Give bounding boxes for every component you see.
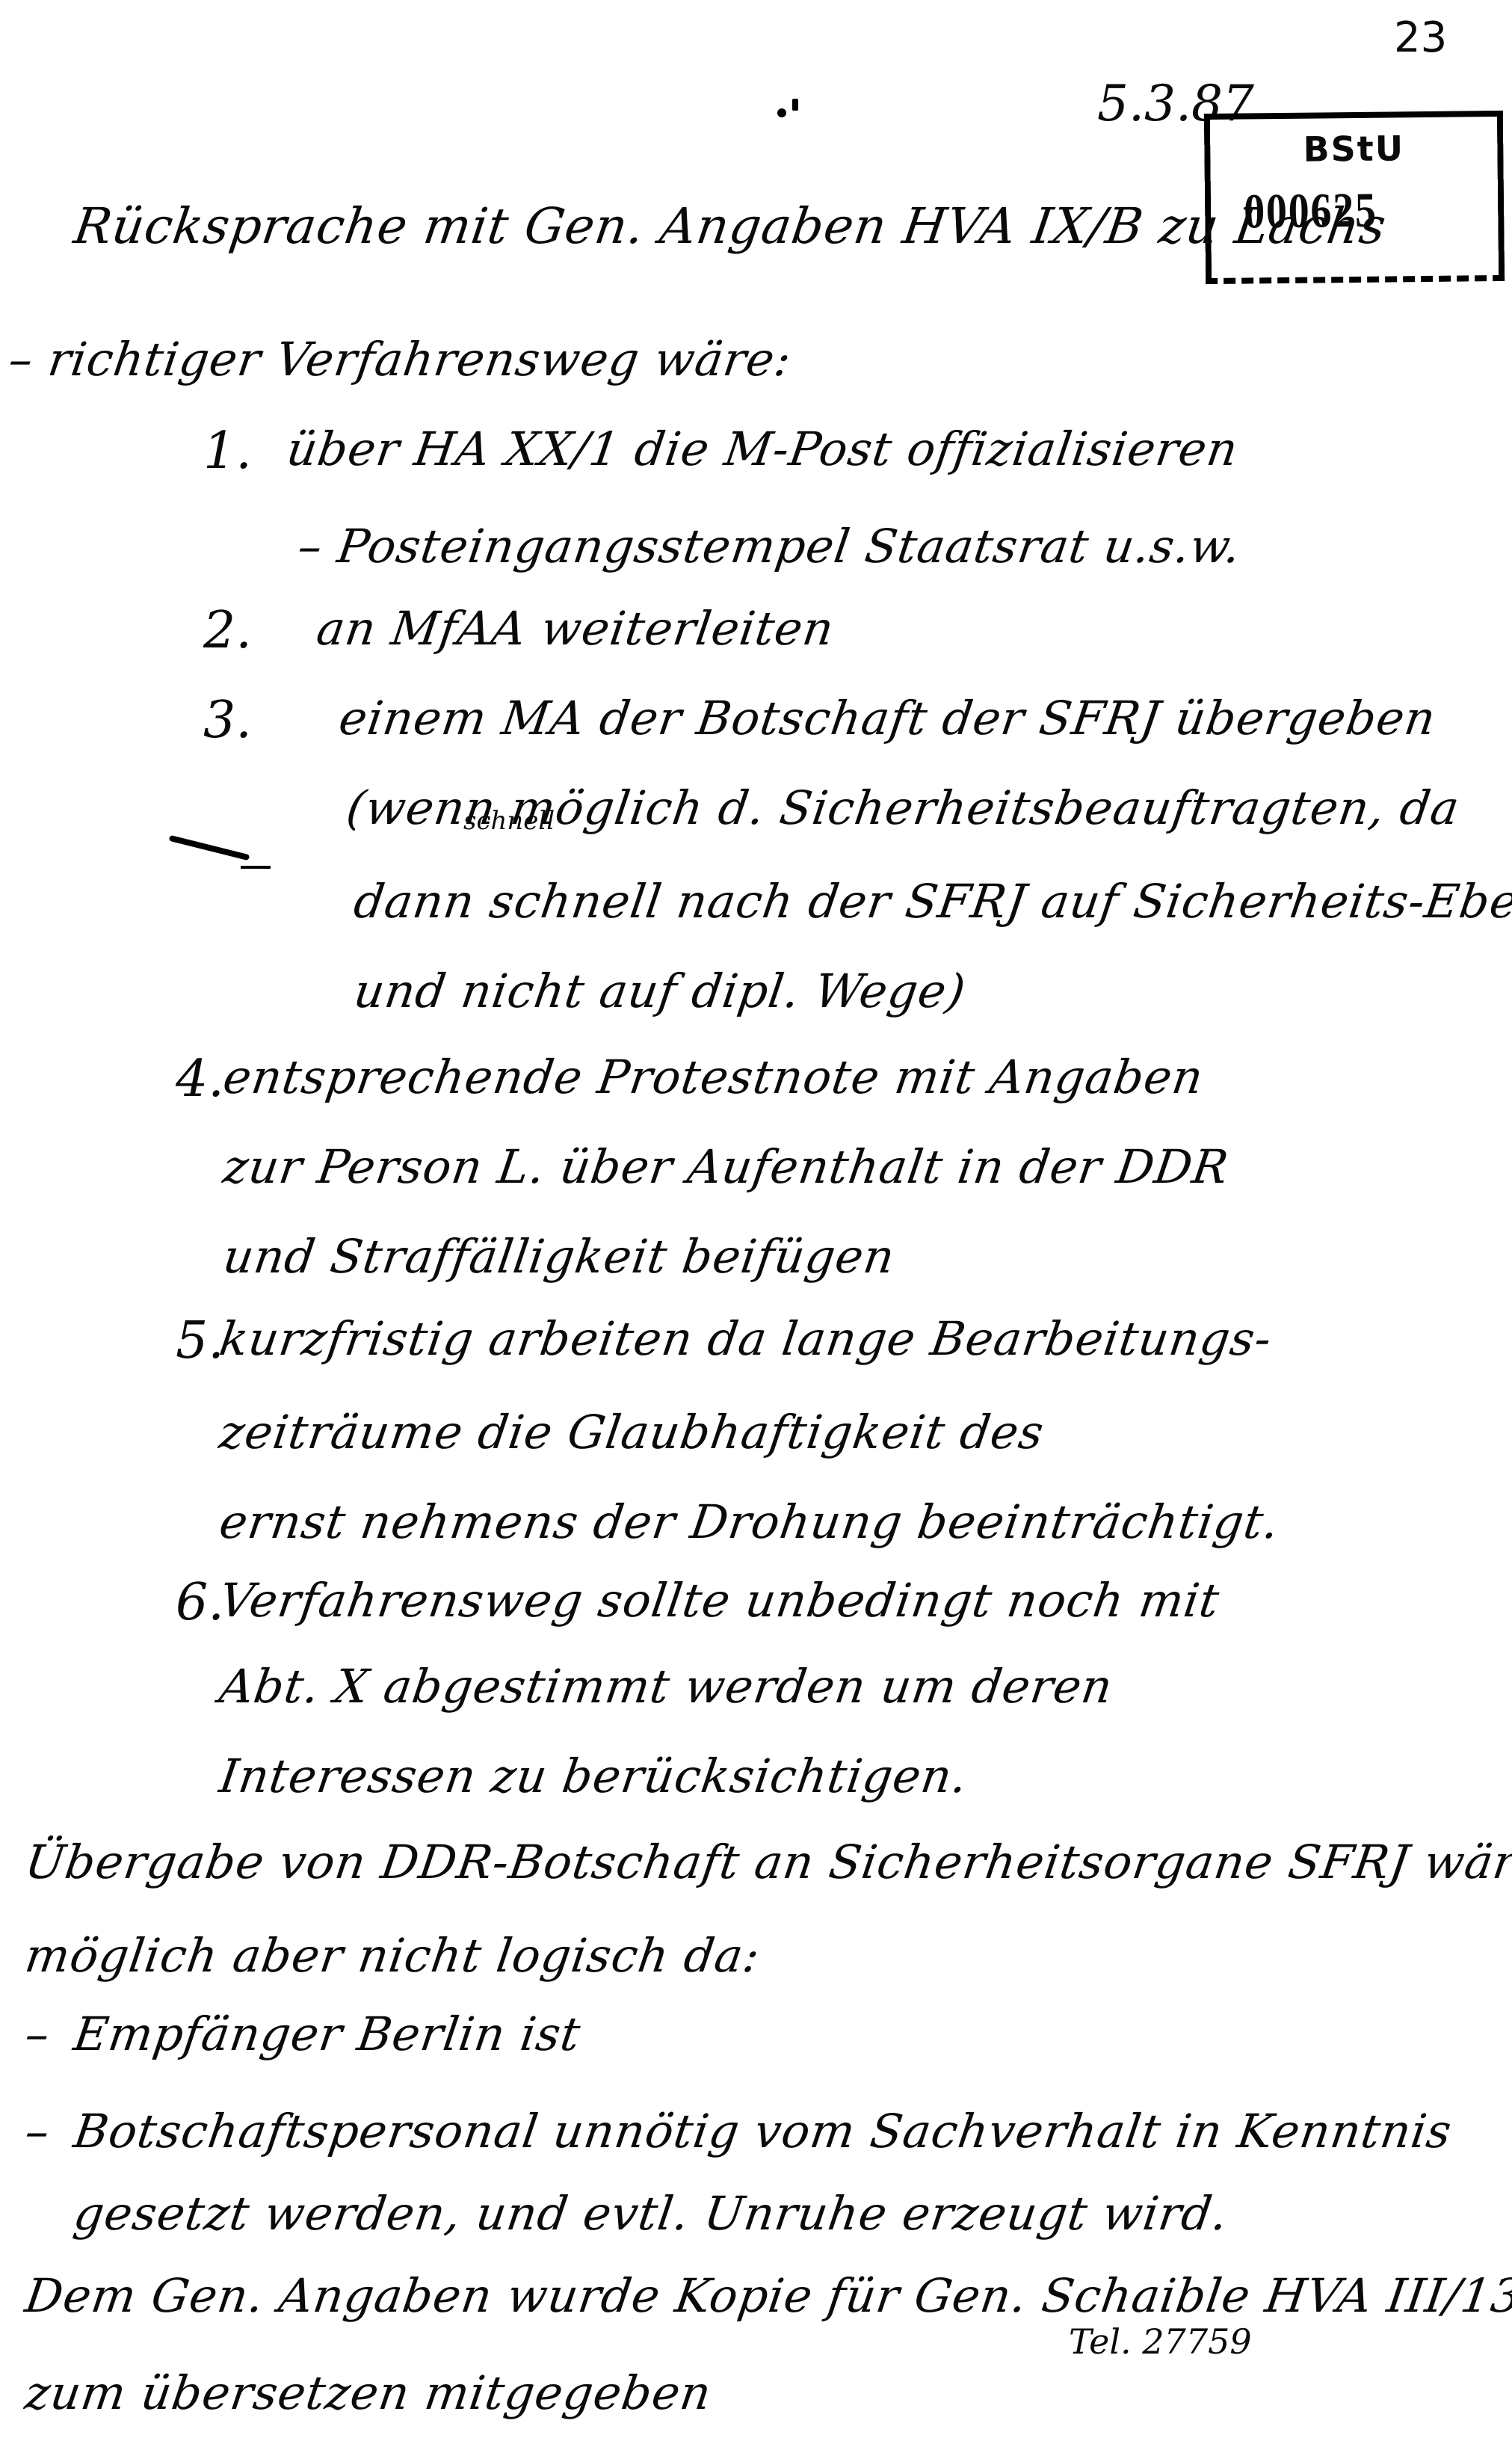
stamp-organization: BStU bbox=[1210, 127, 1498, 170]
heading: Rücksprache mit Gen. Angaben HVA IX/B zu… bbox=[71, 202, 1389, 251]
step-line: kurzfristig arbeiten da lange Bearbeitun… bbox=[217, 1316, 1274, 1362]
handwritten-insertion: schnell bbox=[463, 806, 555, 836]
step-line: einem MA der Botschaft der SFRJ übergebe… bbox=[336, 695, 1439, 742]
step-line: zeiträume die Glaubhaftigkeit des bbox=[217, 1409, 1047, 1456]
bullet-marker: – bbox=[22, 2011, 53, 2057]
bullet-line: Botschaftspersonal unnötig vom Sachverha… bbox=[71, 2108, 1454, 2155]
step-number: 4. bbox=[176, 1054, 224, 1105]
step-line: und Straffälligkeit beifügen bbox=[220, 1234, 898, 1280]
step-line: dann schnell nach der SFRJ auf Sicherhei… bbox=[351, 878, 1512, 925]
step-line: entsprechende Protestnote mit Angaben bbox=[220, 1054, 1206, 1101]
scan-speck bbox=[777, 108, 786, 117]
margin-mark bbox=[169, 835, 250, 861]
closing-line: Dem Gen. Angaben wurde Kopie für Gen. Sc… bbox=[22, 2273, 1512, 2319]
paragraph-line: Übergabe von DDR-Botschaft an Sicherheit… bbox=[22, 1839, 1512, 1886]
step-line: Abt. X abgestimmt werden um deren bbox=[217, 1663, 1116, 1710]
bullet-line: gesetzt werden, und evtl. Unruhe erzeugt… bbox=[71, 2191, 1231, 2237]
scan-speck bbox=[792, 99, 798, 111]
step-line: Interessen zu berücksichtigen. bbox=[217, 1753, 971, 1800]
step-number: 1. bbox=[203, 426, 252, 477]
step-line: Verfahrensweg sollte unbedingt noch mit bbox=[217, 1578, 1222, 1624]
step-line: und nicht auf dipl. Wege) bbox=[351, 968, 969, 1015]
step-line: an MfAA weiterleiten bbox=[314, 606, 837, 652]
bullet-line: Empfänger Berlin ist bbox=[71, 2011, 584, 2057]
document-page: 23 5.3.87 BStU 000625 Rücksprache mit Ge… bbox=[0, 0, 1512, 2450]
page-number: 23 bbox=[1394, 13, 1447, 62]
intro-line: – richtiger Verfahrensweg wäre: bbox=[6, 336, 794, 383]
step-line: über HA XX/1 die M-Post offizialisieren bbox=[284, 426, 1241, 473]
telephone-annotation: Tel. 27759 bbox=[1069, 2321, 1252, 2362]
closing-line: zum übersetzen mitgegeben bbox=[22, 2370, 715, 2416]
bullet-marker: – bbox=[22, 2108, 53, 2155]
step-line: zur Person L. über Aufenthalt in der DDR bbox=[220, 1144, 1232, 1190]
step-line: ernst nehmens der Drohung beeinträchtigt… bbox=[217, 1499, 1283, 1545]
step-line: – Posteingangsstempel Staatsrat u.s.w. bbox=[295, 523, 1244, 570]
step-number: 3. bbox=[203, 695, 252, 746]
margin-mark bbox=[241, 866, 271, 869]
step-number: 2. bbox=[203, 606, 252, 656]
paragraph-line: möglich aber nicht logisch da: bbox=[22, 1933, 763, 1979]
